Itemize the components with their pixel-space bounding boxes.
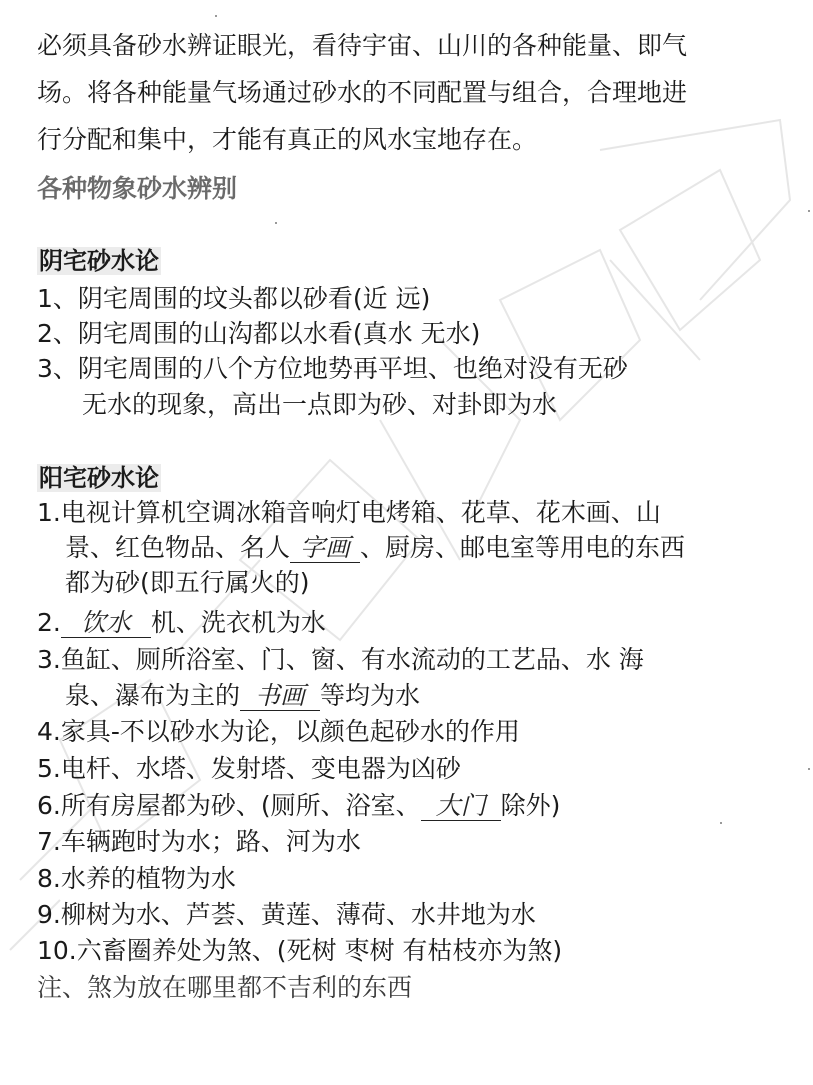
item-text: 景、红色物品、名人 bbox=[65, 533, 290, 562]
item-text: 机、洗衣机为水 bbox=[151, 608, 326, 637]
item-number: 1、 bbox=[37, 284, 78, 313]
yang-item-1-line-2: 景、红色物品、名人字画、厨房、邮电室等用电的东西 bbox=[65, 531, 685, 565]
item-number: 9. bbox=[37, 900, 61, 929]
item-text: 鱼缸、厕所浴室、门、窗、有水流动的工艺品、水 海 bbox=[61, 645, 644, 674]
yang-item-7: 7.车辆跑时为水；路、河为水 bbox=[37, 825, 361, 859]
yang-item-8: 8.水养的植物为水 bbox=[37, 862, 236, 896]
handwritten-annotation: 字画 bbox=[290, 534, 360, 563]
item-number: 4. bbox=[37, 717, 61, 746]
intro-line-3: 行分配和集中，才能有真正的风水宝地存在。 bbox=[37, 123, 537, 157]
item-number: 7. bbox=[37, 827, 61, 856]
item-text: 车辆跑时为水；路、河为水 bbox=[61, 827, 361, 856]
item-text: 阴宅周围的八个方位地势再平坦、也绝对没有无砂 bbox=[78, 354, 628, 383]
item-number: 3、 bbox=[37, 354, 78, 383]
item-number: 3. bbox=[37, 645, 61, 674]
item-text: 等均为水 bbox=[320, 681, 420, 710]
intro-line-1: 必须具备砂水辨证眼光，看待宇宙、山川的各种能量、即气 bbox=[37, 29, 687, 63]
yin-section-heading-row: 阴宅砂水论 bbox=[37, 244, 161, 278]
yang-item-1-line-3: 都为砂(即五行属火的) bbox=[65, 566, 310, 600]
yang-section-heading-row: 阳宅砂水论 bbox=[37, 461, 161, 495]
yin-item-1: 1、阴宅周围的坟头都以砂看(近 远) bbox=[37, 282, 430, 316]
yang-item-9: 9.柳树为水、芦荟、黄莲、薄荷、水井地为水 bbox=[37, 898, 536, 932]
item-number: 8. bbox=[37, 864, 61, 893]
item-number: 1. bbox=[37, 498, 61, 527]
item-text: 除外) bbox=[501, 791, 561, 820]
yang-item-1-line-1: 1.电视计算机空调冰箱音响灯电烤箱、花草、花木画、山 bbox=[37, 496, 661, 530]
item-number: 6. bbox=[37, 791, 61, 820]
yin-section-heading: 阴宅砂水论 bbox=[37, 247, 161, 275]
yang-item-10: 10.六畜圈养处为煞、(死树 枣树 有枯枝亦为煞) bbox=[37, 934, 562, 968]
yang-item-6: 6.所有房屋都为砂、(厕所、浴室、大门除外) bbox=[37, 789, 560, 823]
item-number: 2、 bbox=[37, 319, 78, 348]
section-title: 各种物象砂水辨别 bbox=[37, 172, 237, 206]
yang-item-3-line-1: 3.鱼缸、厕所浴室、门、窗、有水流动的工艺品、水 海 bbox=[37, 643, 644, 677]
yin-item-2: 2、阴宅周围的山沟都以水看(真水 无水) bbox=[37, 317, 480, 351]
item-number: 10. bbox=[37, 936, 77, 965]
yang-item-4: 4.家具-不以砂水为论，以颜色起砂水的作用 bbox=[37, 715, 520, 749]
yang-item-3-line-2: 泉、瀑布为主的书画等均为水 bbox=[65, 679, 420, 713]
item-text: 、厨房、邮电室等用电的东西 bbox=[360, 533, 685, 562]
handwritten-annotation: 书画 bbox=[240, 682, 320, 711]
item-number: 2. bbox=[37, 608, 61, 637]
item-number: 5. bbox=[37, 754, 61, 783]
handwritten-annotation: 大门 bbox=[421, 792, 501, 821]
intro-line-2: 场。将各种能量气场通过砂水的不同配置与组合，合理地进 bbox=[37, 76, 687, 110]
yang-item-2: 2.饮水机、洗衣机为水 bbox=[37, 606, 326, 640]
item-text: 水养的植物为水 bbox=[61, 864, 236, 893]
document-page: 必须具备砂水辨证眼光，看待宇宙、山川的各种能量、即气 场。将各种能量气场通过砂水… bbox=[0, 0, 813, 1085]
yang-section-heading: 阳宅砂水论 bbox=[37, 464, 161, 492]
yin-item-3-continuation: 无水的现象，高出一点即为砂、对卦即为水 bbox=[82, 388, 557, 422]
footnote: 注、煞为放在哪里都不吉利的东西 bbox=[37, 971, 412, 1005]
item-text: 六畜圈养处为煞、(死树 枣树 有枯枝亦为煞) bbox=[77, 936, 562, 965]
yin-item-3: 3、阴宅周围的八个方位地势再平坦、也绝对没有无砂 bbox=[37, 352, 628, 386]
item-text: 柳树为水、芦荟、黄莲、薄荷、水井地为水 bbox=[61, 900, 536, 929]
item-text: 电杆、水塔、发射塔、变电器为凶砂 bbox=[61, 754, 461, 783]
yang-item-5: 5.电杆、水塔、发射塔、变电器为凶砂 bbox=[37, 752, 461, 786]
item-text: 阴宅周围的山沟都以水看(真水 无水) bbox=[78, 319, 480, 348]
item-text: 所有房屋都为砂、(厕所、浴室、 bbox=[61, 791, 421, 820]
item-text: 阴宅周围的坟头都以砂看(近 远) bbox=[78, 284, 430, 313]
item-text: 家具-不以砂水为论，以颜色起砂水的作用 bbox=[61, 717, 520, 746]
handwritten-annotation: 饮水 bbox=[61, 609, 151, 638]
item-text: 电视计算机空调冰箱音响灯电烤箱、花草、花木画、山 bbox=[61, 498, 661, 527]
item-text: 泉、瀑布为主的 bbox=[65, 681, 240, 710]
